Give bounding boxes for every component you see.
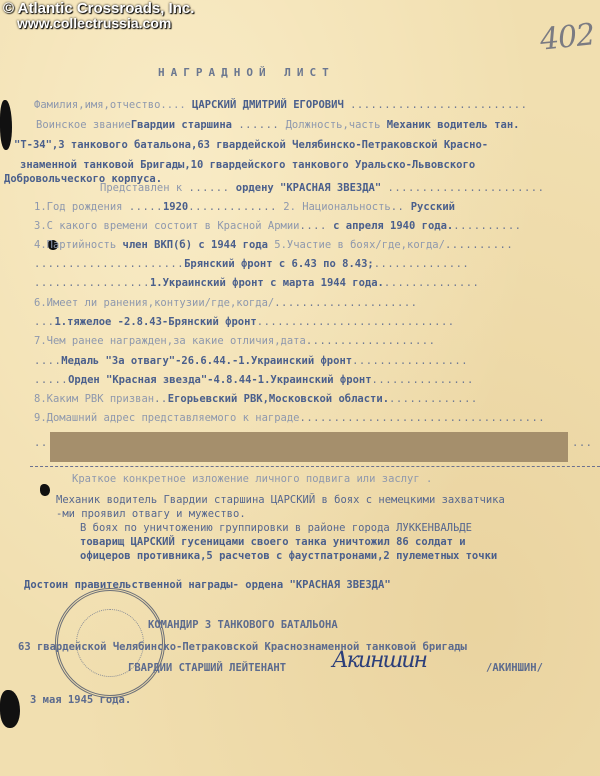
- dot-leader: .....................: [274, 297, 417, 309]
- watermark-url: www.collectrussia.com: [3, 16, 194, 30]
- award-sheet: © Atlantic Crossroads, Inc. www.collectr…: [0, 0, 600, 776]
- dot-leader: ....: [300, 220, 327, 232]
- item-8-row: 8.Каким РВК призван..Егорьевский РВК,Мос…: [34, 392, 478, 406]
- presented-label: Представлен к: [100, 182, 182, 194]
- battles-label: 5.Участие в боях/где,когда/: [274, 239, 445, 251]
- document-date: 3 мая 1945 года.: [30, 693, 131, 707]
- paper-damage: [0, 690, 20, 728]
- dot-leader: .....: [34, 374, 68, 386]
- fio-label: Фамилия,имя,отчество....: [34, 99, 186, 111]
- dot-leader: ....: [34, 355, 61, 367]
- handwritten-signature: Акиншин: [332, 648, 426, 673]
- redacted-address-block: [50, 432, 568, 462]
- dot-leader: ..............: [384, 277, 480, 289]
- item-7-value-2: .....Орден "Красная звезда"-4.8.44-1.Укр…: [34, 373, 474, 387]
- battles-value-1: Брянский фронт с 6.43 по 8.43;: [184, 258, 374, 270]
- birth-year-label: 1.Год рождения: [34, 201, 123, 213]
- dot-leader: ......: [238, 119, 279, 131]
- dot-leader: ...: [572, 436, 592, 450]
- rank-row: Воинское званиеГвардии старшина ...... Д…: [36, 118, 520, 132]
- nationality-value: Русский: [411, 201, 455, 213]
- paper-damage: [0, 100, 12, 150]
- conscription-value: Егорьевский РВК,Московской области.: [168, 393, 389, 405]
- army-since-label: 3.С какого времени состоит в Красной Арм…: [34, 220, 300, 232]
- dot-leader: .............: [188, 201, 277, 213]
- battles-value-2: 1.Украинский фронт с марта 1944 года.: [150, 277, 384, 289]
- item-4-row: 4.Партийность член ВКП(б) с 1944 года 5.…: [34, 238, 513, 252]
- dot-leader: .............: [389, 393, 478, 405]
- fio-value: ЦАРСКИЙ ДМИТРИЙ ЕГОРОВИЧ: [192, 99, 344, 111]
- feat-text-line-1: Механик водитель Гвардии старшина ЦАРСКИ…: [56, 493, 505, 507]
- section-divider: [30, 466, 600, 467]
- conscription-label: 8.Каким РВК призван: [34, 393, 154, 405]
- signer-rank: ГВАРДИИ СТАРШИЙ ЛЕЙТЕНАНТ: [128, 661, 286, 675]
- award-1-value: Медаль "За отвагу"-26.6.44.-1.Украинский…: [61, 355, 352, 367]
- party-label: 4.Партийность: [34, 239, 116, 251]
- dot-leader: ..: [391, 201, 405, 213]
- conclusion: Достоин правительственной награды- орден…: [24, 578, 391, 592]
- feat-heading: Краткое конкретное изложение личного под…: [72, 472, 432, 486]
- dot-leader: ..: [34, 436, 48, 450]
- dot-leader: .................: [34, 277, 150, 289]
- document-title: НАГРАДНОЙ ЛИСТ: [158, 66, 335, 79]
- dot-leader: .......................: [388, 182, 545, 194]
- rank-label: Воинское звание: [36, 119, 131, 131]
- item-9-row: 9.Домашний адрес представляемого к награ…: [34, 411, 545, 425]
- dot-leader: ...: [34, 316, 54, 328]
- position-label: Должность,часть: [286, 119, 381, 131]
- item-5-line-2: .................1.Украинский фронт с ма…: [34, 276, 479, 290]
- army-since-value: с апреля 1940 года.: [333, 220, 453, 232]
- watermark-line-1: © Atlantic Crossroads, Inc.: [3, 2, 194, 16]
- presented-row: Представлен к ...... ордену "КРАСНАЯ ЗВЕ…: [100, 181, 544, 195]
- dot-leader: ......................: [34, 258, 184, 270]
- dot-leader: .....: [129, 201, 163, 213]
- signer-position: КОМАНДИР 3 ТАНКОВОГО БАТАЛЬОНА: [148, 618, 338, 632]
- dot-leader: ......: [189, 182, 230, 194]
- home-address-label: 9.Домашний адрес представляемого к награ…: [34, 412, 300, 424]
- birth-year-value: 1920: [163, 201, 188, 213]
- signer-name: /АКИНШИН/: [486, 661, 543, 675]
- dot-leader: ..........: [445, 239, 513, 251]
- item-6-value-row: ...1.тяжелое -2.8.43-Брянский фронт.....…: [34, 315, 455, 329]
- position-value: Механик водитель тан.: [387, 119, 520, 131]
- position-value-line-2: "Т-34",3 танкового батальона,63 гвардейс…: [14, 138, 488, 152]
- item-7-row: 7.Чем ранее награжден,за какие отличия,д…: [34, 334, 435, 348]
- feat-text-line-2: -ми проявил отвагу и мужество.: [56, 507, 246, 521]
- dot-leader: .............................: [257, 316, 455, 328]
- fio-row: Фамилия,имя,отчество.... ЦАРСКИЙ ДМИТРИЙ…: [34, 98, 527, 112]
- dot-leader: ..............: [374, 258, 470, 270]
- awards-label: 7.Чем ранее награжден,за какие отличия,д…: [34, 335, 306, 347]
- dot-leader: ..: [154, 393, 168, 405]
- feat-text-line-5: офицеров противника,5 расчетов с фаустпа…: [80, 549, 497, 563]
- handwritten-page-number: 402: [538, 17, 596, 57]
- party-value: член ВКП(б) с 1944 года: [123, 239, 268, 251]
- paper-damage: [40, 484, 50, 496]
- dot-leader: ..........: [453, 220, 521, 232]
- wounds-value: 1.тяжелое -2.8.43-Брянский фронт: [54, 316, 256, 328]
- item-1-row: 1.Год рождения .....1920............. 2.…: [34, 200, 455, 214]
- feat-text-line-4: товарищ ЦАРСКИЙ гусеницами своего танка …: [80, 535, 466, 549]
- nationality-label: 2. Национальность: [283, 201, 390, 213]
- copyright-watermark: © Atlantic Crossroads, Inc. www.collectr…: [3, 2, 194, 30]
- dot-leader: ....................................: [300, 412, 546, 424]
- item-5-line-1: ......................Брянский фронт с 6…: [34, 257, 469, 271]
- position-value-line-3: знаменной танковой Бригады,10 гвардейско…: [20, 158, 475, 172]
- item-3-row: 3.С какого времени состоит в Красной Арм…: [34, 219, 521, 233]
- rank-value: Гвардии старшина: [131, 119, 232, 131]
- wounds-label: 6.Имеет ли ранения,контузии/где,когда/: [34, 297, 274, 309]
- award-2-value: Орден "Красная звезда"-4.8.44-1.Украинск…: [68, 374, 371, 386]
- dot-leader: ...................: [306, 335, 436, 347]
- feat-text-line-3: В боях по уничтожению группировки в райо…: [80, 521, 472, 535]
- dot-leader: ..........................: [350, 99, 527, 111]
- item-6-row: 6.Имеет ли ранения,контузии/где,когда/..…: [34, 296, 417, 310]
- dot-leader: .................: [352, 355, 468, 367]
- item-7-value-1: ....Медаль "За отвагу"-26.6.44.-1.Украин…: [34, 354, 468, 368]
- dot-leader: ...............: [372, 374, 474, 386]
- presented-value: ордену "КРАСНАЯ ЗВЕЗДА": [236, 182, 381, 194]
